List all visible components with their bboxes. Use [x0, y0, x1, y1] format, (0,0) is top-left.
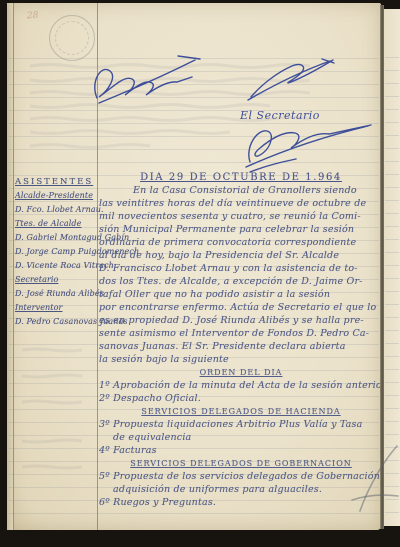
role-interventor: Interventor	[15, 301, 101, 315]
agenda-item: 1º Aprobación de la minuta del Acta de l…	[99, 379, 383, 392]
role-ttes-alcalde: Ttes. de Alcalde	[15, 217, 101, 231]
body-line: sente asimismo el Interventor de Fondos …	[99, 327, 383, 340]
attendee-name: D. Pedro Casanovas Juanas	[15, 315, 101, 329]
body-line: al día de hoy, bajo la Presidencia del S…	[99, 249, 383, 262]
attendee-name: D. Gabriel Montagud Gabín	[15, 231, 101, 245]
minutes-body: DIA 29 DE OCTUBRE DE 1.964 En la Casa Co…	[99, 171, 383, 509]
paper-sheet: 28 ASISTENTES Alcalde-Presidente D. Fco.…	[7, 3, 381, 530]
body-line: ordinaria de primera convocatoria corres…	[99, 236, 383, 249]
body-line: D. Francisco Llobet Arnau y con la asist…	[99, 262, 383, 275]
attendees-title: ASISTENTES	[15, 175, 101, 189]
role-alcalde-presidente: Alcalde-Presidente	[15, 189, 101, 203]
page-number: 28	[27, 11, 39, 22]
ruled-lines	[385, 57, 399, 514]
attendee-name: D. Fco. Llobet Arnau.	[15, 203, 101, 217]
agenda-item: 4º Facturas	[99, 444, 383, 457]
agenda-item-continuation: adquisición de uniformes para alguaciles…	[99, 483, 383, 496]
body-line: la sesión bajo la siguiente	[99, 353, 383, 366]
attendee-name: D. Vicente Roca Vitrach	[15, 259, 101, 273]
secretary-label: El Secretario	[240, 109, 320, 122]
agenda-item: 5º Propuesta de los servicios delegados …	[99, 470, 383, 483]
body-line: por encontrarse enfermo. Actúa de Secret…	[99, 301, 383, 314]
section-heading-orden-del-dia: ORDEN DEL DIA	[99, 366, 383, 379]
body-line: dos los Ttes. de Alcalde, a excepción de…	[99, 275, 383, 288]
body-line: tafal Oller que no ha podido asistir a l…	[99, 288, 383, 301]
page-binding-edge	[7, 3, 14, 530]
next-page-edge	[384, 9, 400, 526]
section-heading-hacienda: SERVICIOS DELEGADOS DE HACIENDA	[99, 405, 383, 418]
body-line: las veintitres horas del día veintinueve…	[99, 197, 383, 210]
agenda-item: 2º Despacho Oficial.	[99, 392, 383, 405]
body-line: En la Casa Consistorial de Granollers si…	[99, 184, 383, 197]
role-secretario: Secretario	[15, 273, 101, 287]
body-line: mil novecientos sesenta y cuatro, se reu…	[99, 210, 383, 223]
body-line: es en propiedad D. José Riunda Alibés y …	[99, 314, 383, 327]
attendee-name: D. Jorge Camp Puigdomenech	[15, 245, 101, 259]
body-line: sanovas Juanas. El Sr. Presidente declar…	[99, 340, 383, 353]
date-heading: DIA 29 DE OCTUBRE DE 1.964	[99, 171, 383, 184]
embossed-seal-stamp	[49, 15, 95, 61]
body-line: sión Municipal Permanente para celebrar …	[99, 223, 383, 236]
section-heading-gobernacion: SERVICIOS DELEGADOS DE GOBERNACION	[99, 457, 383, 470]
agenda-item: 3º Propuesta liquidaciones Arbitrio Plus…	[99, 418, 383, 431]
attendee-name: D. José Riunda Alibés	[15, 287, 101, 301]
agenda-item-continuation: de equivalencia	[99, 431, 383, 444]
agenda-item: 6º Ruegos y Preguntas.	[99, 496, 383, 509]
page-gap-shadow	[380, 5, 384, 529]
scanned-minutes-page: 28 ASISTENTES Alcalde-Presidente D. Fco.…	[0, 0, 400, 547]
attendees-margin-column: ASISTENTES Alcalde-Presidente D. Fco. Ll…	[15, 175, 101, 329]
